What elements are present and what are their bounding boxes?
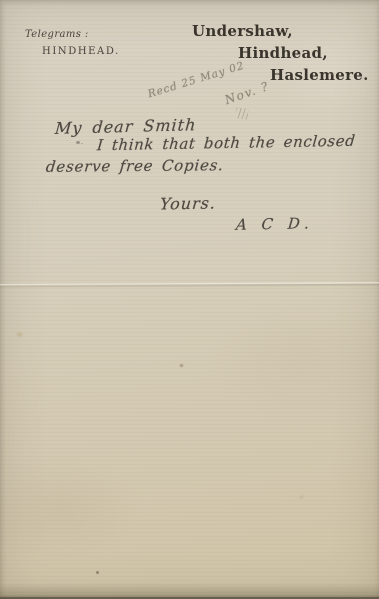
letterhead-address-line-3: Haslemere. [270,66,369,84]
letterhead-telegrams-block: Telegrams : HINDHEAD. [25,29,120,57]
letterhead-address-line-1: Undershaw, [192,22,293,40]
foxing-spot [298,494,305,500]
closing: Yours. [159,193,217,213]
signature-initials: A C D. [235,214,315,233]
paper-grain [0,0,379,599]
foxing-spot [15,331,24,338]
ink-blot-mark [76,141,80,144]
telegrams-label: Telegrams : [25,29,120,40]
body-line-1: I think that both the enclosed [96,132,356,155]
body-line-2: deserve free Copies. [45,156,225,176]
fold-crease [0,282,379,288]
letterhead-address-line-2: Hindhead, [238,44,328,62]
letter-page: Telegrams : HINDHEAD. Undershaw, Hindhea… [0,0,379,599]
telegrams-address: HINDHEAD. [42,46,120,57]
foxing-spot [330,72,335,76]
ink-speck [180,364,183,367]
ink-speck [96,571,99,574]
paper-texture [0,0,379,599]
pencil-date-query: Nov. ? [223,79,271,107]
pencil-stray-marks [235,107,248,120]
